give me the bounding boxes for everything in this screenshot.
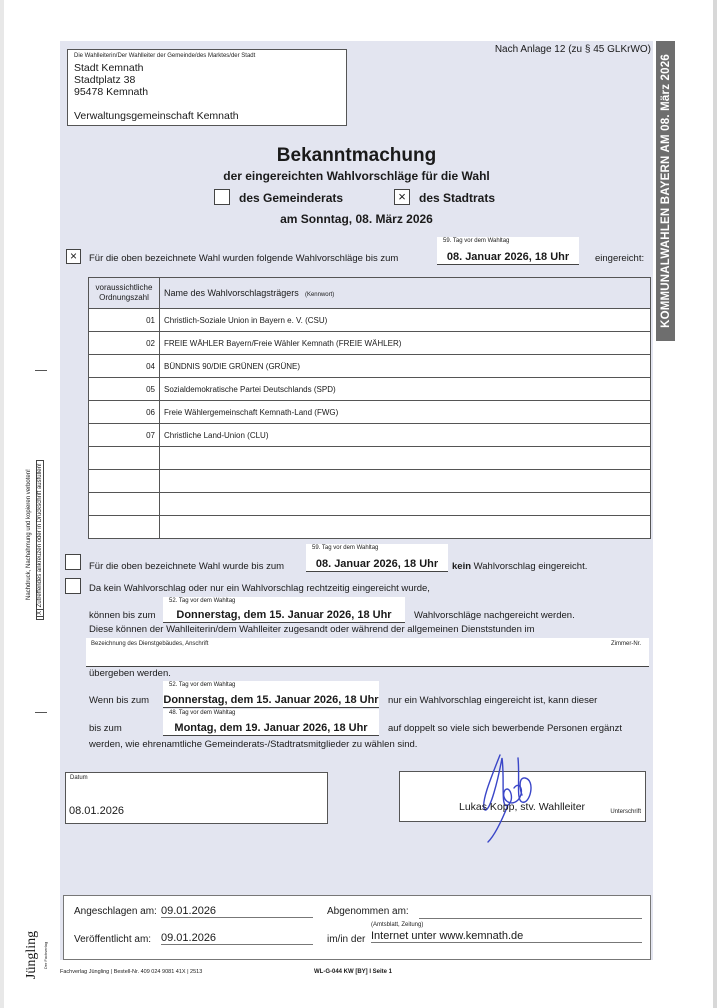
issuer-box: Die Wahlleiterin/Der Wahlleiter der Geme…: [67, 49, 347, 126]
checkbox-gemeinderat[interactable]: [214, 189, 230, 205]
col-number-header: voraussichtliche Ordnungszahl: [89, 278, 160, 309]
row-number: 01: [89, 309, 160, 332]
table-row: 05Sozialdemokratische Partei Deutschland…: [89, 378, 651, 401]
deadline-value: Montag, dem 19. Januar 2026, 18 Uhr: [163, 722, 379, 734]
checkbox-none[interactable]: [65, 554, 81, 570]
table-row: 06Freie Wählergemeinschaft Kemnath-Land …: [89, 401, 651, 424]
row-name: Christliche Land-Union (CLU): [160, 424, 651, 447]
late-line-3: Diese können der Wahlleiterin/dem Wahlle…: [89, 624, 535, 635]
page-subtitle: der eingereichten Wahlvorschläge für die…: [60, 169, 653, 183]
published-label: Veröffentlicht am:: [74, 934, 151, 945]
label-stadtrat: des Stadtrats: [419, 191, 495, 205]
checkbox-late[interactable]: [65, 578, 81, 594]
table-row: 07Christliche Land-Union (CLU): [89, 424, 651, 447]
issuer-line: 95478 Kemnath: [74, 86, 340, 98]
election-date: am Sonntag, 08. März 2026: [60, 212, 653, 226]
logo-subtext: Der Fachverlag: [43, 942, 48, 969]
medium-field[interactable]: Internet unter www.kemnath.de: [371, 930, 642, 943]
table-row: [89, 516, 651, 539]
deadline-caption: 52. Tag vor dem Wahltag: [169, 682, 235, 688]
copyright-note: Nachdruck, Nachahmung und kopieren verbo…: [26, 469, 32, 600]
posting-box: Angeschlagen am: 09.01.2026 Abgenommen a…: [63, 895, 651, 960]
row-number: [89, 470, 160, 493]
margin-notes: Nachdruck, Nachahmung und kopieren verbo…: [22, 430, 52, 620]
single-line-3: werden, wie ehrenamtliche Gemeinderats-/…: [89, 739, 417, 750]
row-name: FREIE WÄHLER Bayern/Freie Wähler Kemnath…: [160, 332, 651, 355]
form-sheet: Die Wahlleiterin/Der Wahlleiter der Geme…: [60, 41, 653, 960]
page-edge-right: [713, 0, 717, 1008]
checkbox-submitted[interactable]: ×: [66, 249, 81, 264]
proposals-table: voraussichtliche Ordnungszahl Name des W…: [88, 277, 651, 539]
single-deadline-1-field[interactable]: 52. Tag vor dem Wahltag Donnerstag, dem …: [163, 681, 379, 708]
page-title: Bekanntmachung: [60, 145, 653, 167]
row-number: 05: [89, 378, 160, 401]
row-number: [89, 516, 160, 539]
publisher-logo: Jüngling Der Fachverlag: [20, 925, 50, 985]
row-number: 04: [89, 355, 160, 378]
table-row: [89, 470, 651, 493]
submitted-text: Für die oben bezeichnete Wahl wurden fol…: [89, 253, 398, 264]
single-deadline-2-field[interactable]: 48. Tag vor dem Wahltag Montag, dem 19. …: [163, 709, 379, 736]
none-text-after: kein Wahlvorschlag eingereicht.: [452, 561, 587, 572]
row-number: [89, 447, 160, 470]
issuer-line: Stadtplatz 38: [74, 74, 340, 86]
none-text: Für die oben bezeichnete Wahl wurde bis …: [89, 561, 284, 572]
deadline-caption: 59. Tag vor dem Wahltag: [312, 545, 378, 551]
fold-mark: [35, 712, 47, 713]
medium-label: im/in der: [327, 934, 365, 945]
none-text-bold: kein: [452, 561, 471, 572]
date-value: 08.01.2026: [69, 805, 124, 817]
election-banner-text: KOMMUNALWAHLEN BAYERN AM 08. März 2026: [660, 54, 672, 328]
medium-caption: (Amtsblatt, Zeitung): [371, 922, 423, 928]
table-row: 02FREIE WÄHLER Bayern/Freie Wähler Kemna…: [89, 332, 651, 355]
publisher-info: Fachverlag Jüngling | Bestell-Nr. 409 02…: [60, 969, 202, 975]
none-text-tail: Wahlvorschlag eingereicht.: [474, 561, 588, 572]
deadline-caption: 59. Tag vor dem Wahltag: [443, 238, 509, 244]
issuer-line: Verwaltungsgemeinschaft Kemnath: [74, 110, 340, 122]
col-name-hint: (Kennwort): [305, 292, 334, 298]
submitted-deadline-field[interactable]: 59. Tag vor dem Wahltag 08. Januar 2026,…: [437, 237, 579, 265]
label-gemeinderat: des Gemeinderats: [239, 191, 343, 205]
table-row: 01Christlich-Soziale Union in Bayern e. …: [89, 309, 651, 332]
published-field[interactable]: 09.01.2026: [161, 932, 313, 945]
table-header: voraussichtliche Ordnungszahl Name des W…: [89, 278, 651, 309]
deadline-value: 08. Januar 2026, 18 Uhr: [437, 251, 579, 263]
legal-reference: Nach Anlage 12 (zu § 45 GLKrWO): [495, 44, 651, 55]
fold-mark: [35, 370, 47, 371]
signature-box[interactable]: Lukas Kopp, stv. Wahlleiter Unterschrift: [399, 771, 646, 822]
row-name: [160, 516, 651, 539]
none-deadline-field[interactable]: 59. Tag vor dem Wahltag 08. Januar 2026,…: [306, 544, 448, 572]
posted-field[interactable]: 09.01.2026: [161, 905, 313, 918]
instruction-note: X Zutreffendes ankreuzen oder in Drucksc…: [36, 460, 44, 620]
late-line-4: übergeben werden.: [89, 668, 171, 679]
col-name-header: Name des Wahlvorschlagsträgers (Kennwort…: [160, 278, 651, 309]
row-number: 02: [89, 332, 160, 355]
date-caption: Datum: [70, 775, 88, 781]
single-line-2-before: bis zum: [89, 723, 122, 734]
deadline-caption: 52. Tag vor dem Wahltag: [169, 598, 235, 604]
deadline-caption: 48. Tag vor dem Wahltag: [169, 710, 235, 716]
single-line-2-after: auf doppelt so viele sich bewerbende Per…: [388, 723, 622, 734]
checkbox-stadtrat[interactable]: ×: [394, 189, 410, 205]
deadline-value: Donnerstag, dem 15. Januar 2026, 18 Uhr: [163, 609, 405, 621]
single-line-1-before: Wenn bis zum: [89, 695, 149, 706]
row-name: BÜNDNIS 90/DIE GRÜNEN (GRÜNE): [160, 355, 651, 378]
table-row: [89, 493, 651, 516]
issuer-address: Stadt Kemnath Stadtplatz 38 95478 Kemnat…: [74, 62, 340, 122]
late-deadline-field[interactable]: 52. Tag vor dem Wahltag Donnerstag, dem …: [163, 597, 405, 623]
row-name: [160, 493, 651, 516]
submitted-text-after: eingereicht:: [595, 253, 644, 264]
row-name: [160, 447, 651, 470]
row-name: [160, 470, 651, 493]
row-number: [89, 493, 160, 516]
row-number: 06: [89, 401, 160, 424]
col-name-label: Name des Wahlvorschlagsträgers: [164, 288, 299, 298]
removed-field[interactable]: [419, 905, 642, 919]
page-edge-left: [0, 0, 4, 1008]
single-line-1-after: nur ein Wahlvorschlag eingereicht ist, k…: [388, 695, 597, 706]
row-name: Christlich-Soziale Union in Bayern e. V.…: [160, 309, 651, 332]
instruction-checkbox-icon: X: [36, 609, 44, 617]
handwritten-signature-icon: [470, 750, 540, 850]
issuer-line: Stadt Kemnath: [74, 62, 340, 74]
removed-label: Abgenommen am:: [327, 906, 409, 917]
late-line-2-before: können bis zum: [89, 610, 156, 621]
instruction-text: Zutreffendes ankreuzen oder in Druckschr…: [37, 463, 43, 607]
table-row: [89, 447, 651, 470]
row-name: Sozialdemokratische Partei Deutschlands …: [160, 378, 651, 401]
building-field[interactable]: Bezeichnung des Dienstgebäudes, Anschrif…: [86, 638, 649, 667]
table-row: 04BÜNDNIS 90/DIE GRÜNEN (GRÜNE): [89, 355, 651, 378]
row-number: 07: [89, 424, 160, 447]
late-line-2-after: Wahlvorschläge nachgereicht werden.: [414, 610, 575, 621]
election-banner: KOMMUNALWAHLEN BAYERN AM 08. März 2026: [656, 41, 675, 341]
date-box[interactable]: Datum 08.01.2026: [65, 772, 328, 824]
deadline-value: Donnerstag, dem 15. Januar 2026, 18 Uhr: [163, 694, 379, 706]
building-caption: Bezeichnung des Dienstgebäudes, Anschrif…: [91, 641, 208, 647]
issuer-caption: Die Wahlleiterin/Der Wahlleiter der Geme…: [74, 53, 340, 59]
signer-name: Lukas Kopp, stv. Wahlleiter: [459, 801, 585, 813]
issuer-line: [74, 98, 340, 110]
room-caption: Zimmer-Nr.: [611, 641, 641, 647]
logo-text: Jüngling: [24, 931, 40, 979]
deadline-value: 08. Januar 2026, 18 Uhr: [306, 558, 448, 570]
late-line-1: Da kein Wahlvorschlag oder nur ein Wahlv…: [89, 583, 430, 594]
row-name: Freie Wählergemeinschaft Kemnath-Land (F…: [160, 401, 651, 424]
posted-label: Angeschlagen am:: [74, 906, 157, 917]
signature-caption: Unterschrift: [610, 809, 641, 815]
form-id: WL-G-044 KW [BY] I Seite 1: [314, 969, 392, 975]
